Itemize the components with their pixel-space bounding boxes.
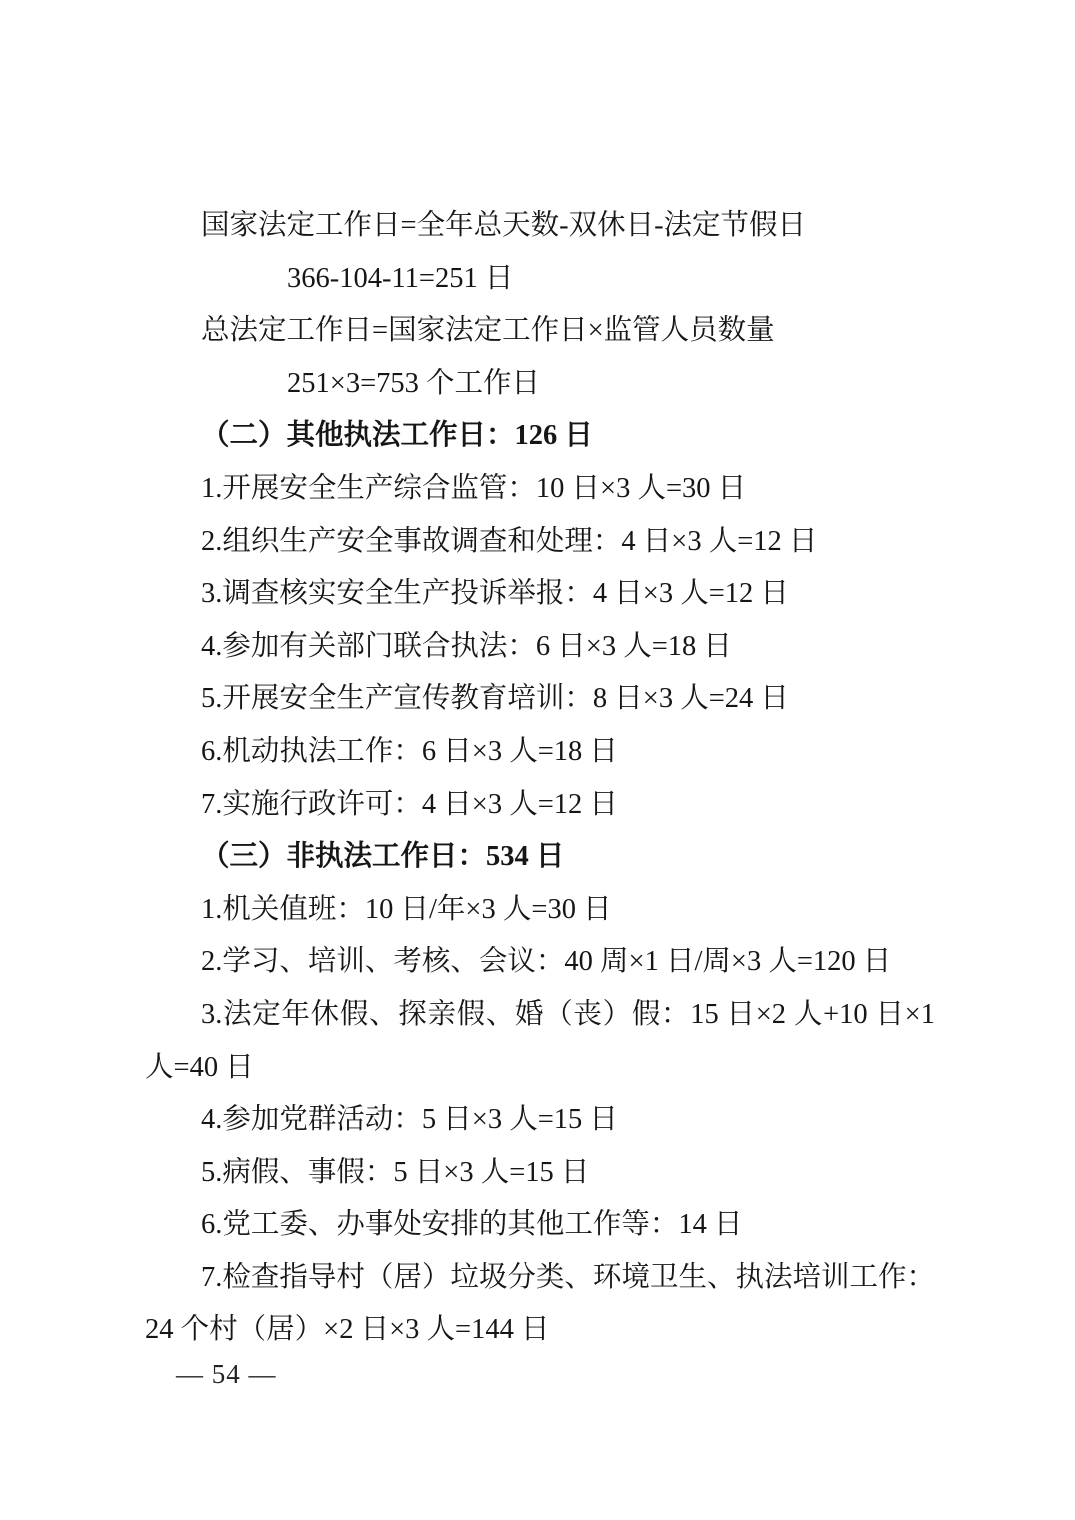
- text-line: 1.机关值班：10 日/年×3 人=30 日: [145, 884, 935, 937]
- document-body: 国家法定工作日=全年总天数-双休日-法定节假日366-104-11=251 日总…: [145, 200, 935, 1357]
- section-heading-line: （三）非执法工作日：534 日: [145, 831, 935, 884]
- text-line: 6.机动执法工作：6 日×3 人=18 日: [145, 726, 935, 779]
- page-number: — 54 —: [176, 1357, 277, 1391]
- document-page: 国家法定工作日=全年总天数-双休日-法定节假日366-104-11=251 日总…: [0, 0, 1075, 1520]
- text-line: 2.学习、培训、考核、会议：40 周×1 日/周×3 人=120 日: [145, 936, 935, 989]
- text-line: 1.开展安全生产综合监管：10 日×3 人=30 日: [145, 463, 935, 516]
- text-line: 5.开展安全生产宣传教育培训：8 日×3 人=24 日: [145, 673, 935, 726]
- text-line: 7.实施行政许可：4 日×3 人=12 日: [145, 779, 935, 832]
- text-line: 7.检查指导村（居）垃圾分类、环境卫生、执法培训工作：: [145, 1252, 935, 1305]
- text-line: 24 个村（居）×2 日×3 人=144 日: [145, 1304, 935, 1357]
- text-line: 251×3=753 个工作日: [145, 358, 935, 411]
- text-line: 366-104-11=251 日: [145, 253, 935, 306]
- text-line: 6.党工委、办事处安排的其他工作等：14 日: [145, 1199, 935, 1252]
- text-line: 3.法定年休假、探亲假、婚（丧）假：15 日×2 人+10 日×1: [145, 989, 935, 1042]
- text-line: 3.调查核实安全生产投诉举报：4 日×3 人=12 日: [145, 568, 935, 621]
- text-line: 国家法定工作日=全年总天数-双休日-法定节假日: [145, 200, 935, 253]
- text-line: 总法定工作日=国家法定工作日×监管人员数量: [145, 305, 935, 358]
- text-line: 人=40 日: [145, 1042, 935, 1095]
- section-heading-line: （二）其他执法工作日：126 日: [145, 410, 935, 463]
- text-line: 5.病假、事假：5 日×3 人=15 日: [145, 1147, 935, 1200]
- text-line: 4.参加有关部门联合执法：6 日×3 人=18 日: [145, 621, 935, 674]
- text-line: 2.组织生产安全事故调查和处理：4 日×3 人=12 日: [145, 516, 935, 569]
- text-line: 4.参加党群活动：5 日×3 人=15 日: [145, 1094, 935, 1147]
